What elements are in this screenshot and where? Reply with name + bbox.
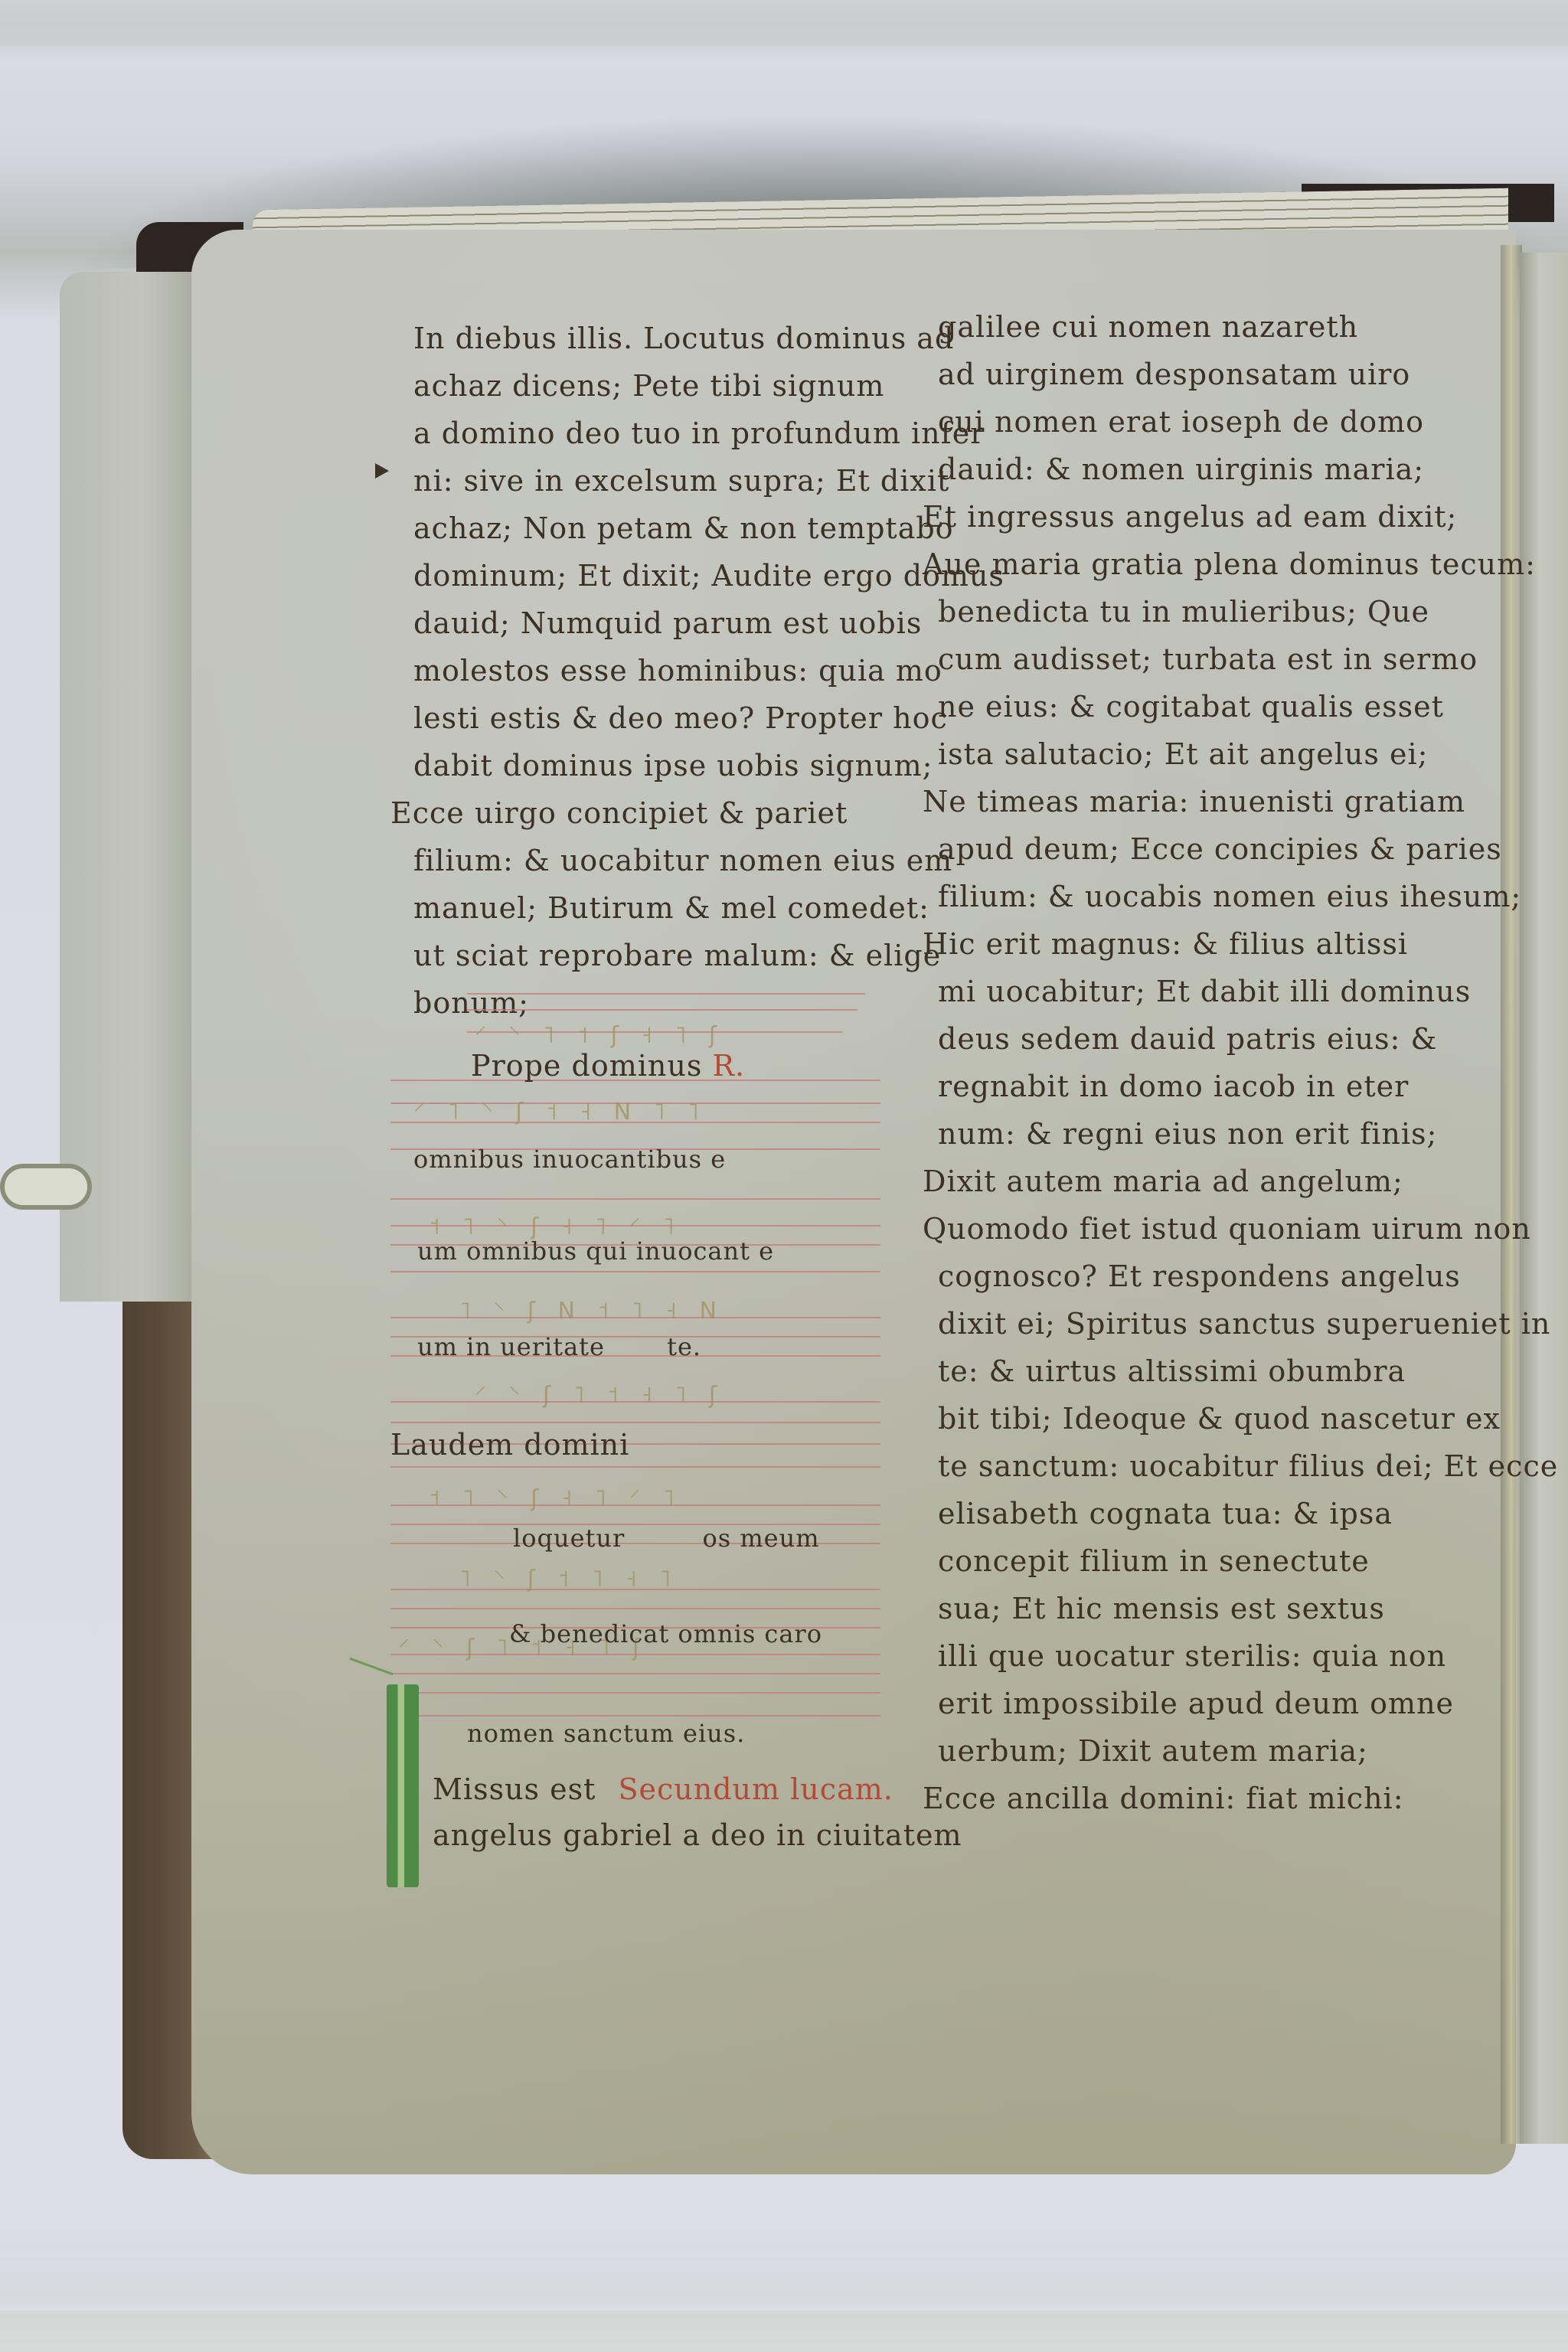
- chant-line: loquetur os meum: [513, 1524, 820, 1553]
- chant-line: Laudem domini: [390, 1428, 629, 1462]
- neume-notation: ˦ ˥ ⸌ ʃ ˧ ˥ ⸍ ˥: [429, 1481, 682, 1513]
- binding-gutter: [1501, 245, 1522, 2144]
- staff-line: [390, 1608, 880, 1609]
- text-line: ut sciat reprobare malum: & elige: [413, 939, 941, 972]
- neume-notation: ˥ ⸌ ʃ ˦ ˥ ˧ ˥: [459, 1562, 678, 1593]
- text-line: illi que uocatur sterilis: quia non: [938, 1639, 1446, 1673]
- text-line: dabit dominus ipse uobis signum;: [413, 749, 933, 782]
- chant-text: Prope dominus: [471, 1049, 702, 1083]
- text-line: lesti estis & deo meo? Propter hoc: [413, 701, 948, 735]
- chant-tail: te.: [667, 1332, 701, 1361]
- text-line: Hic erit magnus: & filius altissi: [923, 927, 1408, 961]
- chant-line: Prope dominus R.: [471, 1049, 745, 1083]
- text-line: dauid: & nomen uirginis maria;: [938, 452, 1424, 486]
- text-line: cum audisset; turbata est in sermo: [938, 642, 1478, 676]
- neume-notation: ˥ ⸌ ʃ N ˦ ˥ ˧ N: [459, 1294, 724, 1325]
- binding-tie: [0, 1164, 92, 1210]
- staff-line: [390, 1422, 880, 1423]
- staff-line: [467, 1009, 857, 1011]
- text-line: achaz; Non petam & non temptabo: [413, 511, 954, 545]
- text-line: benedicta tu in mulieribus; Que: [938, 595, 1429, 629]
- text-line: ni: sive in excelsum supra; Et dixit: [413, 464, 949, 498]
- text-line: sua; Et hic mensis est sextus: [938, 1592, 1385, 1625]
- text-line: elisabeth cognata tua: & ipsa: [938, 1497, 1393, 1530]
- text-line: dixit ei; Spiritus sanctus superueniet i…: [938, 1307, 1550, 1341]
- chant-tail: os meum: [702, 1524, 819, 1553]
- text-line: num: & regni eius non erit finis;: [938, 1117, 1437, 1151]
- text-line: achaz dicens; Pete tibi signum: [413, 369, 884, 403]
- text-line: te sanctum: uocabitur filius dei; Et ecc…: [938, 1449, 1558, 1483]
- text-line: te: & uirtus altissimi obumbra: [938, 1354, 1406, 1388]
- chant-line: um omnibus qui inuocant e: [417, 1236, 774, 1266]
- background-strip-top: [0, 0, 1568, 46]
- text-line: apud deum; Ecce concipies & paries: [938, 832, 1502, 866]
- text-line: deus sedem dauid patris eius: &: [938, 1022, 1437, 1056]
- text-line: bonum;: [413, 986, 529, 1020]
- text-line: uerbum; Dixit autem maria;: [938, 1734, 1368, 1768]
- text-line: mi uocabitur; Et dabit illi dominus: [938, 975, 1471, 1008]
- chant-line: omnibus inuocantibus e: [413, 1145, 726, 1174]
- chant-text: Laudem domini: [390, 1428, 629, 1462]
- text-line: Dixit autem maria ad angelum;: [923, 1165, 1403, 1198]
- rubric-respond: R.: [712, 1049, 745, 1083]
- chant-line: & benedicat omnis caro: [509, 1619, 822, 1648]
- staff-line: [390, 1466, 880, 1468]
- text-line: bit tibi; Ideoque & quod nascetur ex: [938, 1402, 1501, 1436]
- neume-notation: ⸍ ˥ ⸌ ʃ ˦ ˧ N ˥ ˥: [413, 1095, 707, 1126]
- facing-page-edge: [1520, 253, 1568, 2144]
- staff-line: [390, 1692, 880, 1694]
- text-line: Ecce ancilla domini: fiat michi:: [923, 1782, 1404, 1815]
- gospel-text: Missus est: [433, 1772, 596, 1806]
- text-line: Ne timeas maria: inuenisti gratiam: [923, 785, 1465, 818]
- text-line: dauid; Numquid parum est uobis: [413, 606, 922, 640]
- text-line: cui nomen erat ioseph de domo: [938, 405, 1424, 439]
- text-line: erit impossibile apud deum omne: [938, 1687, 1454, 1720]
- text-line: Quomodo fiet istud quoniam uirum non: [923, 1212, 1531, 1246]
- text-line: a domino deo tuo in profundum infer: [413, 416, 985, 450]
- gospel-line: Missus est Secundum lucam.: [433, 1772, 893, 1806]
- text-line: Aue maria gratia plena dominus tecum:: [923, 547, 1536, 581]
- text-line: filium: & uocabitur nomen eius em: [413, 844, 952, 877]
- text-line: manuel; Butirum & mel comedet:: [413, 891, 929, 925]
- text-line: ne eius: & cogitabat qualis esset: [938, 690, 1444, 724]
- staff-line: [390, 1715, 880, 1717]
- chant-text: loquetur: [513, 1524, 625, 1553]
- green-initial-letter-i: [387, 1684, 419, 1887]
- text-line: galilee cui nomen nazareth: [938, 310, 1358, 344]
- text-line: Et ingressus angelus ad eam dixit;: [923, 500, 1457, 534]
- rubric-gospel-heading: Secundum lucam.: [618, 1772, 893, 1806]
- parchment-flap: [60, 272, 198, 1302]
- gospel-line: angelus gabriel a deo in ciuitatem: [433, 1818, 962, 1852]
- text-line: molestos esse hominibus: quia mo: [413, 654, 942, 688]
- chant-line: nomen sanctum eius.: [467, 1719, 745, 1748]
- text-line: Ecce uirgo concipiet & pariet: [390, 796, 848, 830]
- staff-line: [390, 1198, 880, 1200]
- text-line: dominum; Et dixit; Audite ergo domus: [413, 559, 1004, 593]
- text-line: concepit filium in senectute: [938, 1544, 1370, 1578]
- margin-pointer-mark: [375, 463, 389, 479]
- staff-line: [467, 993, 865, 995]
- chant-text: um in ueritate: [417, 1332, 605, 1361]
- chant-line: um in ueritate te.: [417, 1332, 701, 1361]
- neume-notation: ⸍ ⸌ ʃ ˥ ˦ ˧ ˥ ʃ: [475, 1378, 724, 1410]
- staff-line: [390, 1673, 880, 1674]
- staff-line: [390, 1271, 880, 1272]
- text-line: cognosco? Et respondens angelus: [938, 1259, 1461, 1293]
- neume-notation: ⸍ ⸌ ˥ ˦ ʃ ˧ ˥ ʃ: [475, 1018, 724, 1050]
- text-line: ista salutacio; Et ait angelus ei;: [938, 737, 1428, 771]
- text-line: filium: & uocabis nomen eius ihesum;: [938, 880, 1521, 913]
- text-line: regnabit in domo iacob in eter: [938, 1070, 1409, 1103]
- text-line: In diebus illis. Locutus dominus ad: [413, 322, 954, 355]
- text-line: ad uirginem desponsatam uiro: [938, 358, 1410, 391]
- background-strip-bottom: [0, 2311, 1568, 2352]
